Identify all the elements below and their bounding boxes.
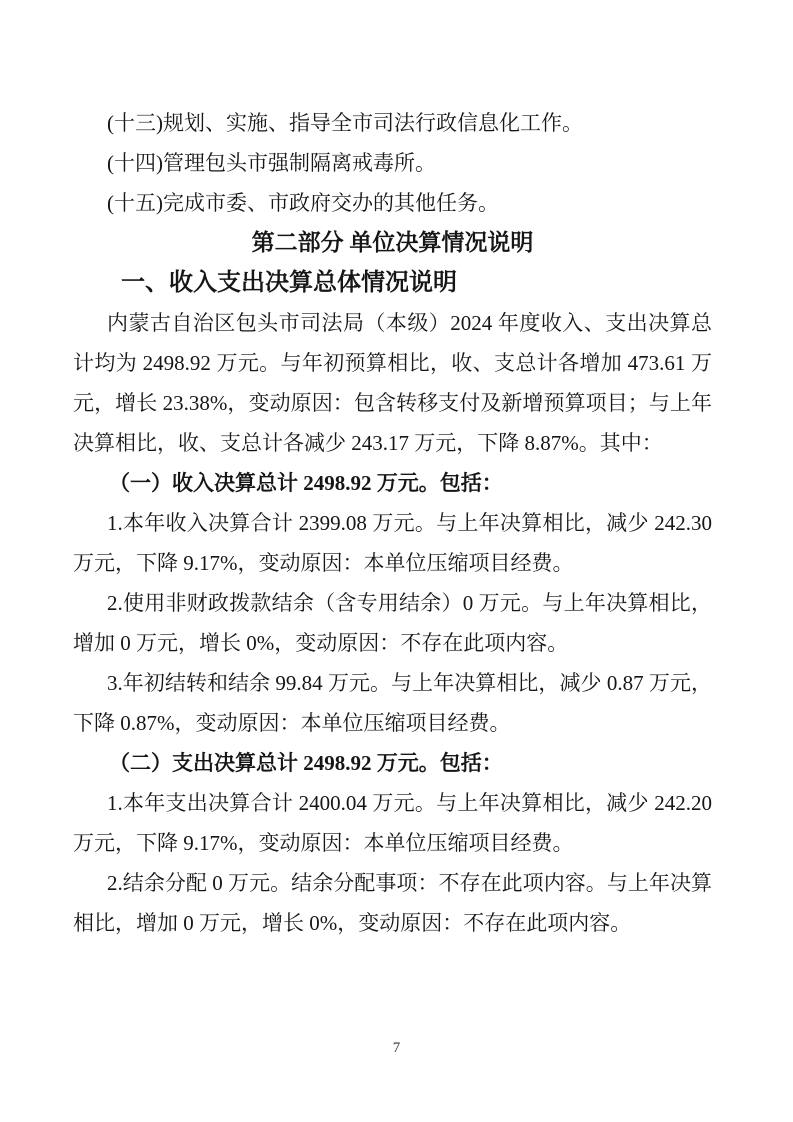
income-item3-line: 下降 0.87%，变动原因：本单位压缩项目经费。	[73, 703, 712, 743]
page-number: 7	[0, 1038, 793, 1058]
section1-heading: 一、收入支出决算总体情况说明	[73, 263, 712, 303]
duty-item-14: (十四)管理包头市强制隔离戒毒所。	[73, 143, 712, 183]
overview-line: 内蒙古自治区包头市司法局（本级）2024 年度收入、支出决算总	[73, 303, 712, 343]
expense-total-heading: （二）支出决算总计 2498.92 万元。包括：	[73, 743, 712, 783]
document-page: (十三)规划、实施、指导全市司法行政信息化工作。 (十四)管理包头市强制隔离戒毒…	[0, 0, 793, 1122]
income-item1-line: 1.本年收入决算合计 2399.08 万元。与上年决算相比，减少 242.30	[73, 503, 712, 543]
overview-line: 计均为 2498.92 万元。与年初预算相比，收、支总计各增加 473.61 万	[73, 343, 712, 383]
income-item2-line: 2.使用非财政拨款结余（含专用结余）0 万元。与上年决算相比，	[73, 583, 712, 623]
income-item3-line: 3.年初结转和结余 99.84 万元。与上年决算相比，减少 0.87 万元，	[73, 663, 712, 703]
income-total-heading: （一）收入决算总计 2498.92 万元。包括：	[73, 463, 712, 503]
expense-item1-line: 1.本年支出决算合计 2400.04 万元。与上年决算相比，减少 242.20	[73, 783, 712, 823]
expense-item2-line: 相比，增加 0 万元，增长 0%，变动原因：不存在此项内容。	[73, 903, 712, 943]
overview-line: 元，增长 23.38%，变动原因：包含转移支付及新增预算项目；与上年	[73, 383, 712, 423]
income-item2-line: 增加 0 万元，增长 0%，变动原因：不存在此项内容。	[73, 623, 712, 663]
expense-item2-line: 2.结余分配 0 万元。结余分配事项：不存在此项内容。与上年决算	[73, 863, 712, 903]
income-item1-line: 万元，下降 9.17%，变动原因：本单位压缩项目经费。	[73, 543, 712, 583]
overview-line: 决算相比，收、支总计各减少 243.17 万元，下降 8.87%。其中：	[73, 423, 712, 463]
expense-item1-line: 万元，下降 9.17%，变动原因：本单位压缩项目经费。	[73, 823, 712, 863]
duty-item-15: (十五)完成市委、市政府交办的其他任务。	[73, 183, 712, 223]
duty-item-13: (十三)规划、实施、指导全市司法行政信息化工作。	[73, 103, 712, 143]
document-body: (十三)规划、实施、指导全市司法行政信息化工作。 (十四)管理包头市强制隔离戒毒…	[73, 103, 712, 943]
part2-heading: 第二部分 单位决算情况说明	[73, 223, 712, 263]
